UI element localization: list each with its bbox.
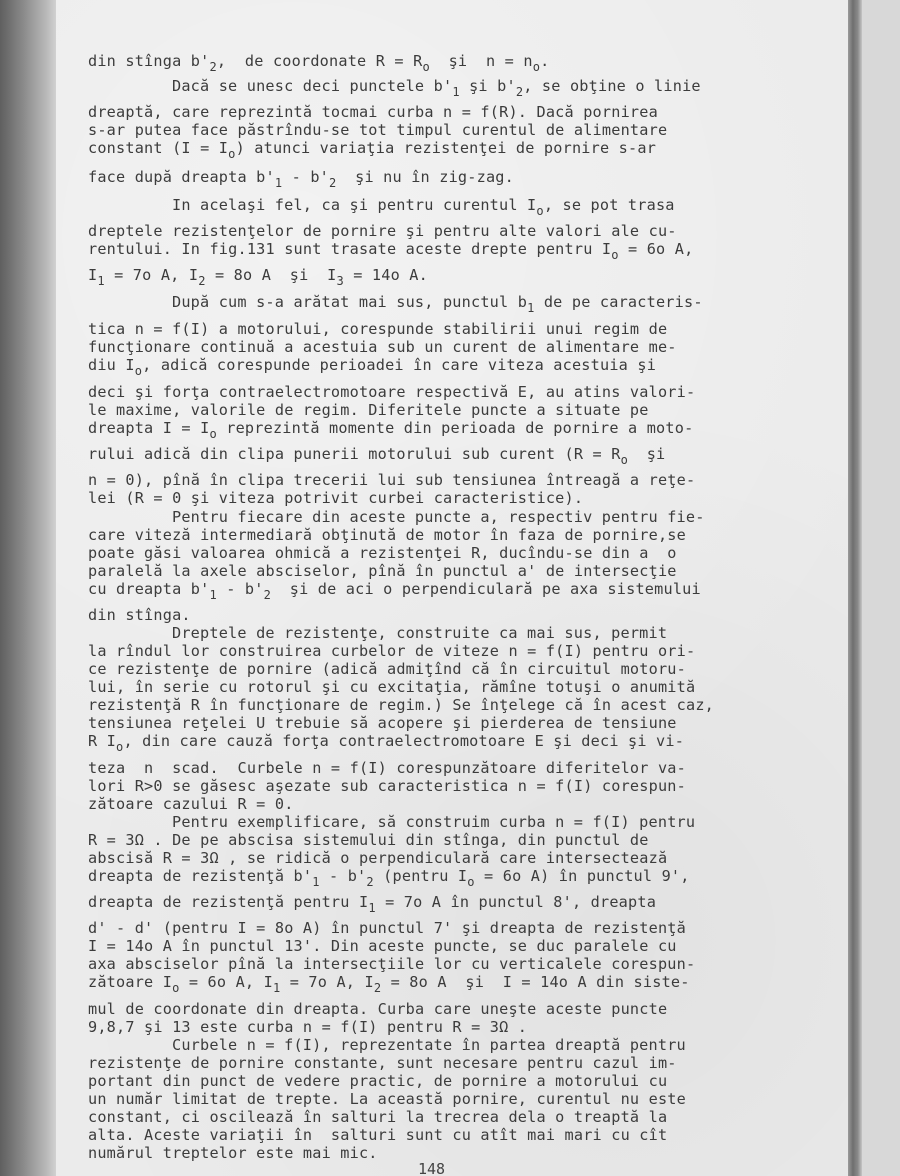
text-line: numărul treptelor este mai mic.: [88, 1144, 378, 1162]
text-line: la rîndul lor construirea curbelor de vi…: [88, 642, 695, 660]
text-line: face după dreapta b'1 - b'2 şi nu în zig…: [88, 168, 514, 186]
text-line: dreapta de rezistenţă b'1 - b'2 (pentru …: [88, 867, 690, 885]
text-line: rului adică din clipa punerii motorului …: [88, 445, 665, 463]
text-line: paralelă la axele absciselor, pînă în pu…: [88, 562, 677, 580]
page-fold-shadow: [848, 0, 862, 1176]
text-line: lori R>0 se găsesc aşezate sub caracteri…: [88, 777, 686, 795]
text-line: ce rezistenţe de pornire (adică admiţînd…: [88, 660, 686, 678]
paragraph-first-line: După cum s-a arătat mai sus, punctul b1 …: [172, 293, 703, 311]
text-line: dreptele rezistenţelor de pornire şi pen…: [88, 222, 677, 240]
text-line: funcţionare continuă a acestuia sub un c…: [88, 338, 677, 356]
text-line: zătoare Io = 6o A, I1 = 7o A, I2 = 8o A …: [88, 973, 690, 991]
text-line: I1 = 7o A, I2 = 8o A şi I3 = 14o A.: [88, 266, 428, 284]
text-line: alta. Aceste variaţii în salturi sunt cu…: [88, 1126, 667, 1144]
text-line: R Io, din care cauză forţa contraelectro…: [88, 732, 684, 750]
text-line: rezistenţă R în funcţionare de regim.) S…: [88, 696, 714, 714]
text-line: constant (I = Io) atunci variaţia rezist…: [88, 139, 656, 157]
text-line: portant din punct de vedere practic, de …: [88, 1072, 667, 1090]
text-line: tica n = f(I) a motorului, corespunde st…: [88, 320, 667, 338]
text-line: cu dreapta b'1 - b'2 şi de aci o perpend…: [88, 580, 701, 598]
text-line: care viteză intermediară obţinută de mot…: [88, 526, 686, 544]
text-line: s-ar putea face păstrîndu-se tot timpul …: [88, 121, 667, 139]
paragraph-first-line: In acelaşi fel, ca şi pentru curentul Io…: [172, 196, 675, 214]
text-line: n = 0), pînă în clipa trecerii lui sub t…: [88, 471, 695, 489]
text-line: poate găsi valoarea ohmică a rezistenţei…: [88, 544, 677, 562]
text-line: din stînga.: [88, 606, 191, 624]
text-line: dreaptă, care reprezintă tocmai curba n …: [88, 103, 658, 121]
text-line: dreapta I = Io reprezintă momente din pe…: [88, 419, 693, 437]
text-line: le maxime, valorile de regim. Diferitele…: [88, 401, 649, 419]
paragraph-first-line: Curbele n = f(I), reprezentate în partea…: [172, 1036, 686, 1054]
text-line: axa absciselor pînă la intersecţiile lor…: [88, 955, 695, 973]
text-line: lui, în serie cu rotorul şi cu excitaţia…: [88, 678, 695, 696]
text-line: tensiunea reţelei U trebuie să acopere ş…: [88, 714, 677, 732]
text-line: d' - d' (pentru I = 8o A) în punctul 7' …: [88, 919, 686, 937]
text-line: dreapta de rezistenţă pentru I1 = 7o A î…: [88, 893, 656, 911]
text-line: deci şi forţa contraelectromotoare respe…: [88, 383, 695, 401]
text-line: abscisă R = 3Ω , se ridică o perpendicul…: [88, 849, 667, 867]
paragraph-first-line: Pentru fiecare din aceste puncte a, resp…: [172, 508, 705, 526]
text-line: constant, ci oscilează în salturi la tre…: [88, 1108, 667, 1126]
text-line: un număr limitat de trepte. La această p…: [88, 1090, 686, 1108]
text-line: R = 3Ω . De pe abscisa sistemului din st…: [88, 831, 649, 849]
text-line: diu Io, adică corespunde perioadei în ca…: [88, 356, 656, 374]
paragraph-first-line: Pentru exemplificare, să construim curba…: [172, 813, 695, 831]
text-line: teza n scad. Curbele n = f(I) corespunză…: [88, 759, 686, 777]
text-line: I = 14o A în punctul 13'. Din aceste pun…: [88, 937, 677, 955]
text-line: din stînga b'2, de coordonate R = Ro şi …: [88, 52, 549, 70]
adjacent-page-edge: [862, 0, 900, 1176]
text-line: 9,8,7 şi 13 este curba n = f(I) pentru R…: [88, 1018, 527, 1036]
text-line: zătoare cazului R = 0.: [88, 795, 294, 813]
text-line: mul de coordonate din dreapta. Curba car…: [88, 1000, 667, 1018]
paragraph-first-line: Dreptele de rezistenţe, construite ca ma…: [172, 624, 667, 642]
scan-left-margin-shadow: [0, 0, 58, 1176]
paragraph-first-line: Dacă se unesc deci punctele b'1 şi b'2, …: [172, 77, 701, 95]
text-line: rezistenţe de pornire constante, sunt ne…: [88, 1054, 677, 1072]
text-line: lei (R = 0 şi viteza potrivit curbei car…: [88, 489, 583, 507]
text-line: rentului. In fig.131 sunt trasate aceste…: [88, 240, 693, 258]
page-number: 148: [418, 1160, 445, 1176]
